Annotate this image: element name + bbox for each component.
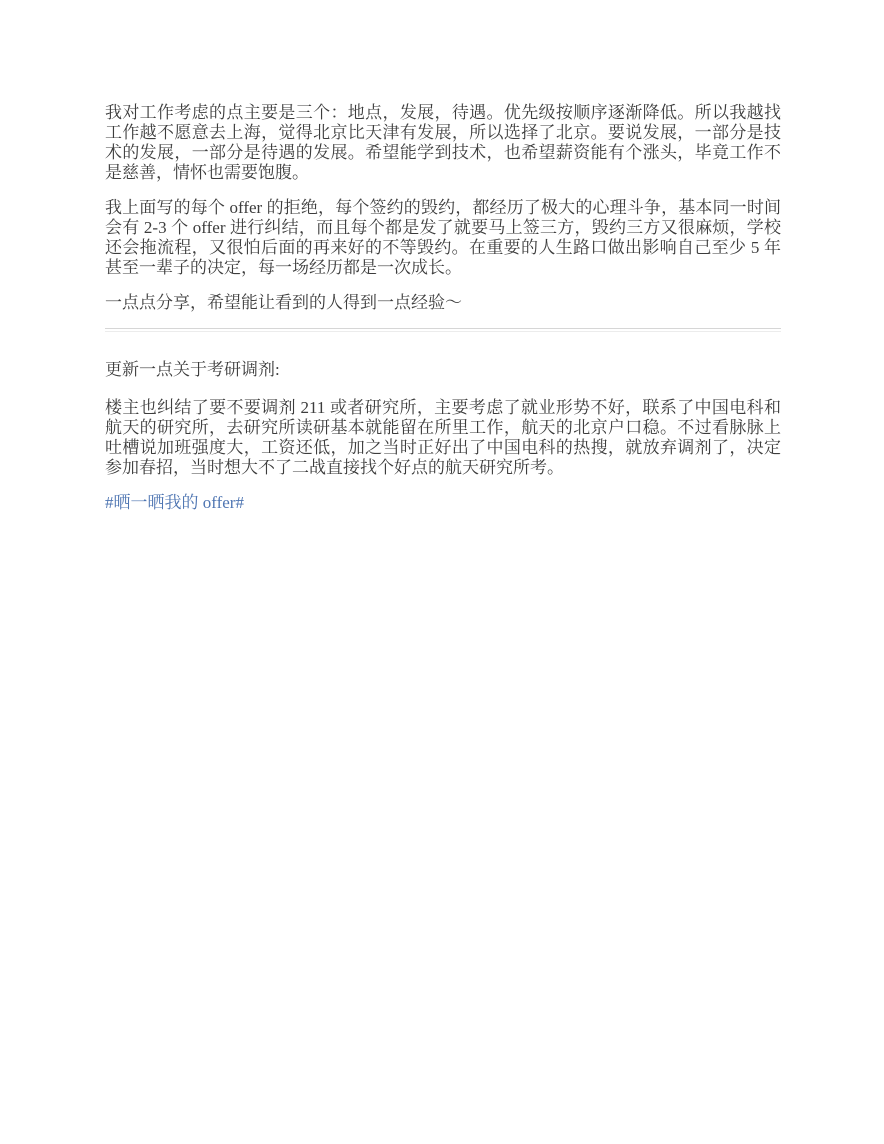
post-paragraphs-update: 楼主也纠结了要不要调剂 211 或者研究所，主要考虑了就业形势不好，联系了中国电…: [105, 398, 781, 478]
paragraph: 我上面写的每个 offer 的拒绝，每个签约的毁约，都经历了极大的心理斗争，基本…: [105, 198, 781, 278]
paragraph: 一点点分享，希望能让看到的人得到一点经验～: [105, 293, 781, 313]
post-paragraphs-top: 我对工作考虑的点主要是三个：地点，发展，待遇。优先级按顺序逐渐降低。所以我越找工…: [105, 103, 781, 313]
post-content: 我对工作考虑的点主要是三个：地点，发展，待遇。优先级按顺序逐渐降低。所以我越找工…: [105, 103, 781, 513]
section-divider: [105, 328, 781, 332]
paragraph: 我对工作考虑的点主要是三个：地点，发展，待遇。优先级按顺序逐渐降低。所以我越找工…: [105, 103, 781, 183]
update-heading: 更新一点关于考研调剂:: [105, 360, 781, 380]
hashtag-topic-link[interactable]: #晒一晒我的 offer#: [105, 493, 781, 513]
paragraph: 楼主也纠结了要不要调剂 211 或者研究所，主要考虑了就业形势不好，联系了中国电…: [105, 398, 781, 478]
